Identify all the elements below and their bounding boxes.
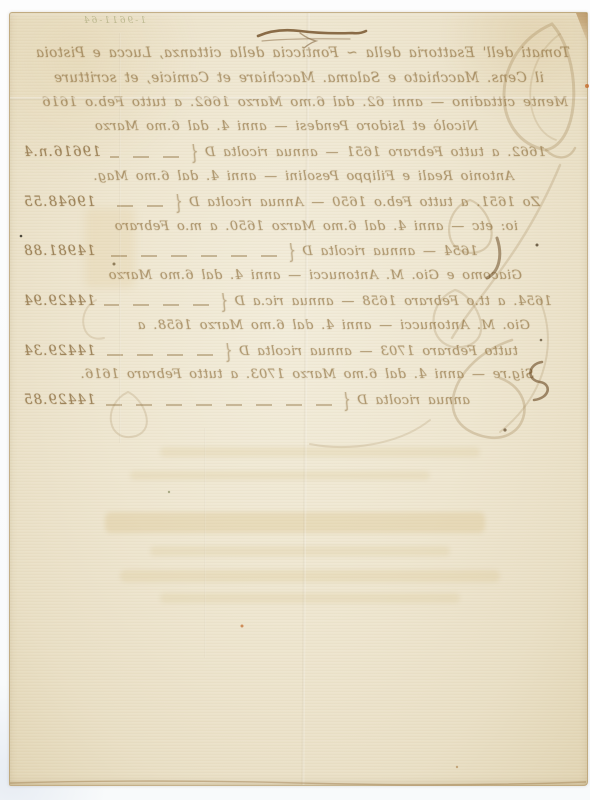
archival-mark: 1-9611-64 xyxy=(56,16,146,30)
manuscript-line-text: annua ricolta D xyxy=(357,393,470,408)
ghost-stain xyxy=(105,512,485,533)
bleedthrough-text-block: Tomati dell' Esattoria della ~ Fonticcia… xyxy=(23,45,574,435)
manuscript-line: annua ricolta D{14429.85 xyxy=(23,392,574,417)
manuscript-line: Nicolò et Isidoro Pendesi — anni 4. dal … xyxy=(23,119,574,144)
manuscript-line-text: Nicolò et Isidoro Pendesi — anni 4. dal … xyxy=(95,119,478,134)
brace-flourish: { xyxy=(223,343,232,365)
manuscript-line: 1654. a tt.o Febraro 1658 — annua ric.a … xyxy=(23,293,574,318)
manuscript-line: Sig.re — anni 4. dal 6.mo Marzo 1703. a … xyxy=(23,367,574,392)
scan-background: 1-9611-64 Tomati dell' Esattoria della ~… xyxy=(0,0,590,800)
brace-flourish: { xyxy=(189,144,198,166)
dash-leader xyxy=(104,404,331,406)
corner-damage-mark xyxy=(574,13,587,41)
manuscript-line-text: Zo 1651. a tutto Feb.o 1650 — Annua rico… xyxy=(189,195,540,210)
brace-flourish: { xyxy=(342,392,351,414)
manuscript-line: il Cens. Macchiato e Salama. Macchiare e… xyxy=(23,70,574,95)
ghost-stain xyxy=(120,570,500,582)
ghost-stain xyxy=(160,447,480,457)
dash-leader xyxy=(104,304,209,306)
amount-figure: 14429.85 xyxy=(23,392,95,408)
manuscript-line: 1662. a tutto Febraro 1651 — annua ricol… xyxy=(23,144,574,169)
manuscript-line: Gio. M. Antonucci — anni 4. dal 6.mo Mar… xyxy=(23,318,574,343)
manuscript-line-text: 1654. a tt.o Febraro 1658 — annua ric.a … xyxy=(234,294,552,309)
manuscript-line: tutto Febraro 1703 — annua ricolta D{144… xyxy=(23,343,574,368)
amount-figure: 19648.55 xyxy=(23,194,95,210)
manuscript-line-text: Sig.re — anni 4. dal 6.mo Marzo 1703. a … xyxy=(80,367,534,382)
manuscript-line-text: il Cens. Macchiato e Salama. Macchiare e… xyxy=(54,70,544,86)
manuscript-line: Tomati dell' Esattoria della ~ Fonticcia… xyxy=(23,45,574,70)
manuscript-line: Antonio Reali e Filippo Pesolini — anni … xyxy=(23,169,574,194)
manuscript-line-text: io: etc — anni 4. dal 6.mo Marzo 1650. a… xyxy=(114,219,518,234)
manuscript-line-text: Mente cittadino — anni 62. dal 6.mo Marz… xyxy=(42,95,568,110)
brace-flourish: { xyxy=(287,243,296,265)
manuscript-page: 1-9611-64 Tomati dell' Esattoria della ~… xyxy=(9,12,588,786)
manuscript-line-text: Gio. M. Antonucci — anni 4. dal 6.mo Mar… xyxy=(137,318,530,333)
manuscript-line-text: 1662. a tutto Febraro 1651 — annua ricol… xyxy=(205,145,546,160)
manuscript-line-text: Giacomo e Gio. M. Antonucci — anni 4. da… xyxy=(108,268,522,283)
dash-leader xyxy=(104,255,276,257)
dash-leader xyxy=(104,354,213,356)
manuscript-line-text: tutto Febraro 1703 — annua ricolta D xyxy=(239,344,518,359)
manuscript-line: 1654 — annua ricolta D{14981.88 xyxy=(23,243,574,268)
amount-figure: 19616.n.4 xyxy=(23,144,101,160)
ghost-stain xyxy=(160,593,460,603)
amount-figure: 14981.88 xyxy=(23,243,95,259)
fold-crease-vertical xyxy=(204,428,206,658)
brace-flourish: { xyxy=(173,194,182,216)
brace-flourish: { xyxy=(219,293,228,315)
manuscript-line: Zo 1651. a tutto Feb.o 1650 — Annua rico… xyxy=(23,194,574,219)
ghost-stain xyxy=(130,471,430,480)
manuscript-line-text: Antonio Reali e Filippo Pesolini — anni … xyxy=(93,169,514,184)
amount-figure: 14429.94 xyxy=(23,293,95,309)
manuscript-line: Giacomo e Gio. M. Antonucci — anni 4. da… xyxy=(23,268,574,293)
manuscript-line-text: 1654 — annua ricolta D xyxy=(302,244,478,259)
dash-leader xyxy=(104,205,163,207)
manuscript-line: Mente cittadino — anni 62. dal 6.mo Marz… xyxy=(23,95,574,120)
ghost-stain xyxy=(150,546,450,556)
manuscript-line: io: etc — anni 4. dal 6.mo Marzo 1650. a… xyxy=(23,219,574,244)
amount-figure: 14429.34 xyxy=(23,343,95,359)
dash-leader xyxy=(110,156,180,158)
manuscript-line-text: Tomati dell' Esattoria della ~ Fonticcia… xyxy=(36,45,570,61)
